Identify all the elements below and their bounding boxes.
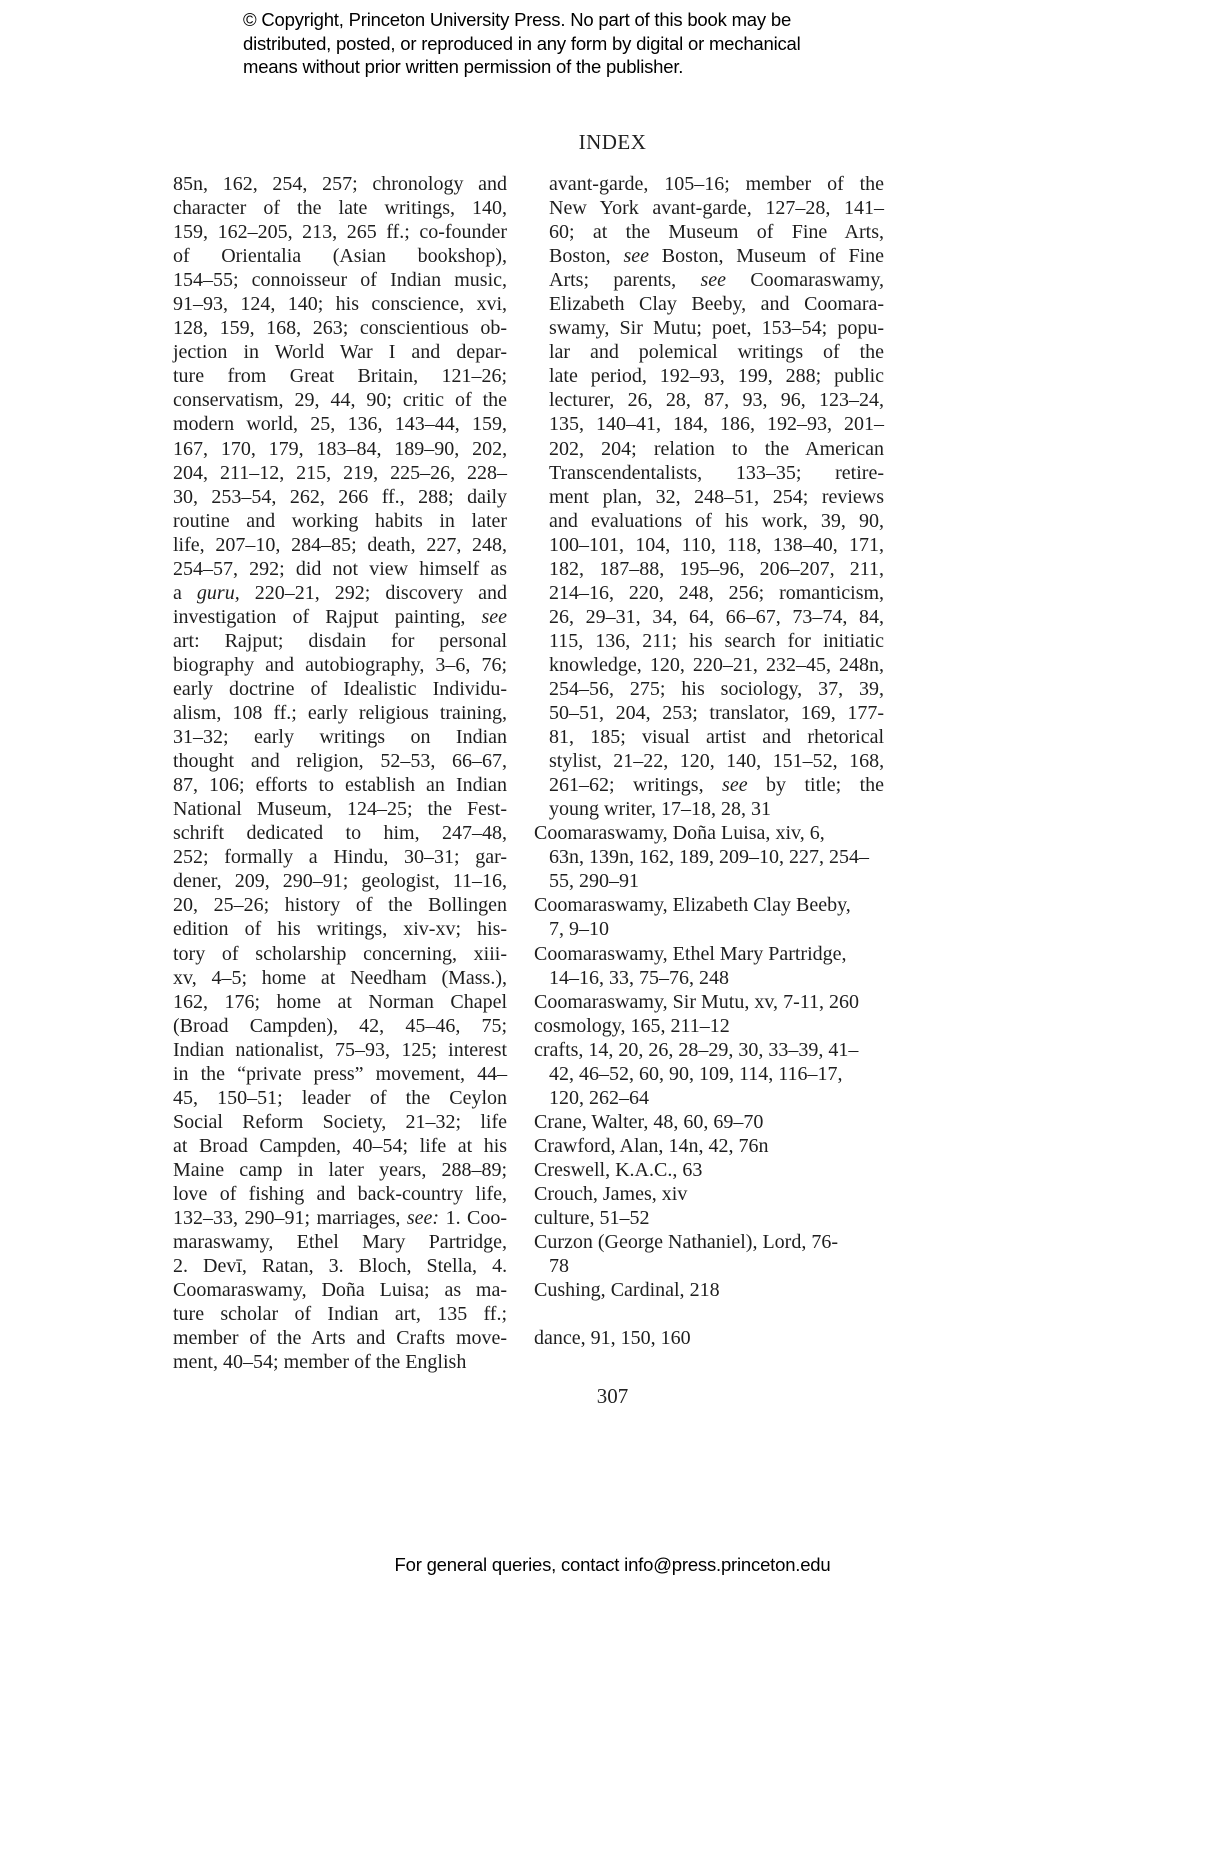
index-line: Elizabeth Clay Beeby, and Coomara- [549, 292, 884, 316]
index-line: 100–101, 104, 110, 118, 138–40, 171, [549, 533, 884, 557]
index-entry-head: cosmology, 165, 211–12 [534, 1014, 884, 1038]
index-line: 85n, 162, 254, 257; chronology and [173, 172, 507, 196]
index-entry-head: Coomaraswamy, Doña Luisa, xiv, 6, [534, 821, 884, 845]
index-entry: Crawford, Alan, 14n, 42, 76n [534, 1134, 884, 1158]
index-line: biography and autobiography, 3–6, 76; [173, 653, 507, 677]
index-line: maraswamy, Ethel Mary Partridge, [173, 1230, 507, 1254]
index-line: 87, 106; efforts to establish an Indian [173, 773, 507, 797]
index-line: ment plan, 32, 248–51, 254; reviews [549, 485, 884, 509]
index-line: stylist, 21–22, 120, 140, 151–52, 168, [549, 749, 884, 773]
index-line: Social Reform Society, 21–32; life [173, 1110, 507, 1134]
index-line: Transcendentalists, 133–35; retire- [549, 461, 884, 485]
index-line: edition of his writings, xiv-xv; his- [173, 917, 507, 941]
index-entry: crafts, 14, 20, 26, 28–29, 30, 33–39, 41… [534, 1038, 884, 1110]
index-entry: Crouch, James, xiv [534, 1182, 884, 1206]
index-entry-continuation: 78 [534, 1254, 884, 1278]
index-line: 202, 204; relation to the American [549, 437, 884, 461]
index-entries: Coomaraswamy, Doña Luisa, xiv, 6,63n, 13… [534, 821, 884, 1302]
index-line: 60; at the Museum of Fine Arts, [549, 220, 884, 244]
index-line: 115, 136, 211; his search for initiatic [549, 629, 884, 653]
index-line: 261–62; writings, see by title; the [549, 773, 884, 797]
index-line: Arts; parents, see Coomaraswamy, [549, 268, 884, 292]
index-line: thought and religion, 52–53, 66–67, [173, 749, 507, 773]
index-entry-continuation: 55, 290–91 [534, 869, 884, 893]
index-line: young writer, 17–18, 28, 31 [549, 797, 884, 821]
index-line: 45, 150–51; leader of the Ceylon [173, 1086, 507, 1110]
page-number: 307 [0, 1384, 1225, 1409]
index-entry-head: Coomaraswamy, Ethel Mary Partridge, [534, 942, 884, 966]
index-line: New York avant-garde, 127–28, 141– [549, 196, 884, 220]
index-line: ture from Great Britain, 121–26; [173, 364, 507, 388]
index-line: alism, 108 ff.; early religious training… [173, 701, 507, 725]
index-entry: Cushing, Cardinal, 218 [534, 1278, 884, 1302]
index-line: character of the late writings, 140, [173, 196, 507, 220]
index-line: National Museum, 124–25; the Fest- [173, 797, 507, 821]
index-line: schrift dedicated to him, 247–48, [173, 821, 507, 845]
index-line: art: Rajput; disdain for personal [173, 629, 507, 653]
index-line: life, 207–10, 284–85; death, 227, 248, [173, 533, 507, 557]
index-entry: Curzon (George Nathaniel), Lord, 76-78 [534, 1230, 884, 1278]
index-line: late period, 192–93, 199, 288; public [549, 364, 884, 388]
index-right-column: avant-garde, 105–16; member of theNew Yo… [534, 172, 884, 1350]
index-line: ment, 40–54; member of the English [173, 1350, 507, 1374]
index-line: swamy, Sir Mutu; poet, 153–54; popu- [549, 316, 884, 340]
index-line: member of the Arts and Crafts move- [173, 1326, 507, 1350]
copyright-line: distributed, posted, or reproduced in an… [243, 32, 1003, 56]
index-line: 214–16, 220, 248, 256; romanticism, [549, 581, 884, 605]
index-line: dener, 209, 290–91; geologist, 11–16, [173, 869, 507, 893]
copyright-line: © Copyright, Princeton University Press.… [243, 8, 1003, 32]
index-line: early doctrine of Idealistic Individu- [173, 677, 507, 701]
entry-continuation: avant-garde, 105–16; member of theNew Yo… [534, 172, 884, 821]
index-left-column: 85n, 162, 254, 257; chronology andcharac… [173, 172, 507, 1374]
index-line: 254–56, 275; his sociology, 37, 39, [549, 677, 884, 701]
index-line: 81, 185; visual artist and rhetorical [549, 725, 884, 749]
index-entry-head: Crouch, James, xiv [534, 1182, 884, 1206]
index-line: in the “private press” movement, 44– [173, 1062, 507, 1086]
index-entry-continuation: 63n, 139n, 162, 189, 209–10, 227, 254– [534, 845, 884, 869]
index-line: Coomaraswamy, Doña Luisa; as ma- [173, 1278, 507, 1302]
index-line: 2. Devī, Ratan, 3. Bloch, Stella, 4. [173, 1254, 507, 1278]
index-line: 162, 176; home at Norman Chapel [173, 990, 507, 1014]
index-entry: Crane, Walter, 48, 60, 69–70 [534, 1110, 884, 1134]
index-entry: Coomaraswamy, Ethel Mary Partridge,14–16… [534, 942, 884, 990]
index-entry-head: Coomaraswamy, Sir Mutu, xv, 7-11, 260 [534, 990, 884, 1014]
index-line: xv, 4–5; home at Needham (Mass.), [173, 966, 507, 990]
index-line: lecturer, 26, 28, 87, 93, 96, 123–24, [549, 388, 884, 412]
copyright-line: means without prior written permission o… [243, 55, 1003, 79]
index-entry-head: culture, 51–52 [534, 1206, 884, 1230]
index-entry-head: Creswell, K.A.C., 63 [534, 1158, 884, 1182]
index-line: Boston, see Boston, Museum of Fine [549, 244, 884, 268]
index-entry: culture, 51–52 [534, 1206, 884, 1230]
index-line: jection in World War I and depar- [173, 340, 507, 364]
index-entry-continuation: 120, 262–64 [534, 1086, 884, 1110]
index-entry: dance, 91, 150, 160 [534, 1326, 884, 1350]
copyright-notice: © Copyright, Princeton University Press.… [243, 8, 1003, 79]
index-line: 26, 29–31, 34, 64, 66–67, 73–74, 84, [549, 605, 884, 629]
index-line: (Broad Campden), 42, 45–46, 75; [173, 1014, 507, 1038]
index-line: love of fishing and back-country life, [173, 1182, 507, 1206]
index-entry: cosmology, 165, 211–12 [534, 1014, 884, 1038]
index-entry-head: Crawford, Alan, 14n, 42, 76n [534, 1134, 884, 1158]
index-entry: Coomaraswamy, Doña Luisa, xiv, 6,63n, 13… [534, 821, 884, 893]
index-entry-continuation: 7, 9–10 [534, 917, 884, 941]
index-line: avant-garde, 105–16; member of the [549, 172, 884, 196]
index-line: 135, 140–41, 184, 186, 192–93, 201– [549, 412, 884, 436]
index-entry-continuation: 42, 46–52, 60, 90, 109, 114, 116–17, [534, 1062, 884, 1086]
index-entry-head: Cushing, Cardinal, 218 [534, 1278, 884, 1302]
index-line: 254–57, 292; did not view himself as [173, 557, 507, 581]
footer-contact: For general queries, contact info@press.… [0, 1554, 1225, 1576]
index-line: 31–32; early writings on Indian [173, 725, 507, 749]
index-line: 30, 253–54, 262, 266 ff., 288; daily [173, 485, 507, 509]
index-line: 204, 211–12, 215, 219, 225–26, 228– [173, 461, 507, 485]
index-entry: Creswell, K.A.C., 63 [534, 1158, 884, 1182]
index-line: 50–51, 204, 253; translator, 169, 177- [549, 701, 884, 725]
index-line: ture scholar of Indian art, 135 ff.; [173, 1302, 507, 1326]
index-entry: Coomaraswamy, Sir Mutu, xv, 7-11, 260 [534, 990, 884, 1014]
index-entry-head: crafts, 14, 20, 26, 28–29, 30, 33–39, 41… [534, 1038, 884, 1062]
index-line: 154–55; connoisseur of Indian music, [173, 268, 507, 292]
index-line: 91–93, 124, 140; his conscience, xvi, [173, 292, 507, 316]
index-line: Indian nationalist, 75–93, 125; interest [173, 1038, 507, 1062]
index-line: 252; formally a Hindu, 30–31; gar- [173, 845, 507, 869]
index-line: 20, 25–26; history of the Bollingen [173, 893, 507, 917]
index-entries-d: dance, 91, 150, 160 [534, 1326, 884, 1350]
index-entry: Coomaraswamy, Elizabeth Clay Beeby,7, 9–… [534, 893, 884, 941]
index-entry-head: Coomaraswamy, Elizabeth Clay Beeby, [534, 893, 884, 917]
index-line: tory of scholarship concerning, xiii- [173, 942, 507, 966]
page-title: INDEX [0, 130, 1225, 155]
index-line: conservatism, 29, 44, 90; critic of the [173, 388, 507, 412]
index-line: investigation of Rajput painting, see [173, 605, 507, 629]
index-line: Maine camp in later years, 288–89; [173, 1158, 507, 1182]
index-line: routine and working habits in later [173, 509, 507, 533]
index-line: knowledge, 120, 220–21, 232–45, 248n, [549, 653, 884, 677]
letter-gap [534, 1302, 884, 1326]
index-line: lar and polemical writings of the [549, 340, 884, 364]
index-line: modern world, 25, 136, 143–44, 159, [173, 412, 507, 436]
index-line: at Broad Campden, 40–54; life at his [173, 1134, 507, 1158]
index-entry-continuation: 14–16, 33, 75–76, 248 [534, 966, 884, 990]
index-line: 182, 187–88, 195–96, 206–207, 211, [549, 557, 884, 581]
index-entry-head: dance, 91, 150, 160 [534, 1326, 884, 1350]
index-entry-head: Curzon (George Nathaniel), Lord, 76- [534, 1230, 884, 1254]
index-line: of Orientalia (Asian bookshop), [173, 244, 507, 268]
index-entry-head: Crane, Walter, 48, 60, 69–70 [534, 1110, 884, 1134]
index-line: a guru, 220–21, 292; discovery and [173, 581, 507, 605]
index-line: 167, 170, 179, 183–84, 189–90, 202, [173, 437, 507, 461]
index-line: 159, 162–205, 213, 265 ff.; co-founder [173, 220, 507, 244]
index-line: 132–33, 290–91; marriages, see: 1. Coo- [173, 1206, 507, 1230]
index-line: 128, 159, 168, 263; conscientious ob- [173, 316, 507, 340]
index-line: and evaluations of his work, 39, 90, [549, 509, 884, 533]
